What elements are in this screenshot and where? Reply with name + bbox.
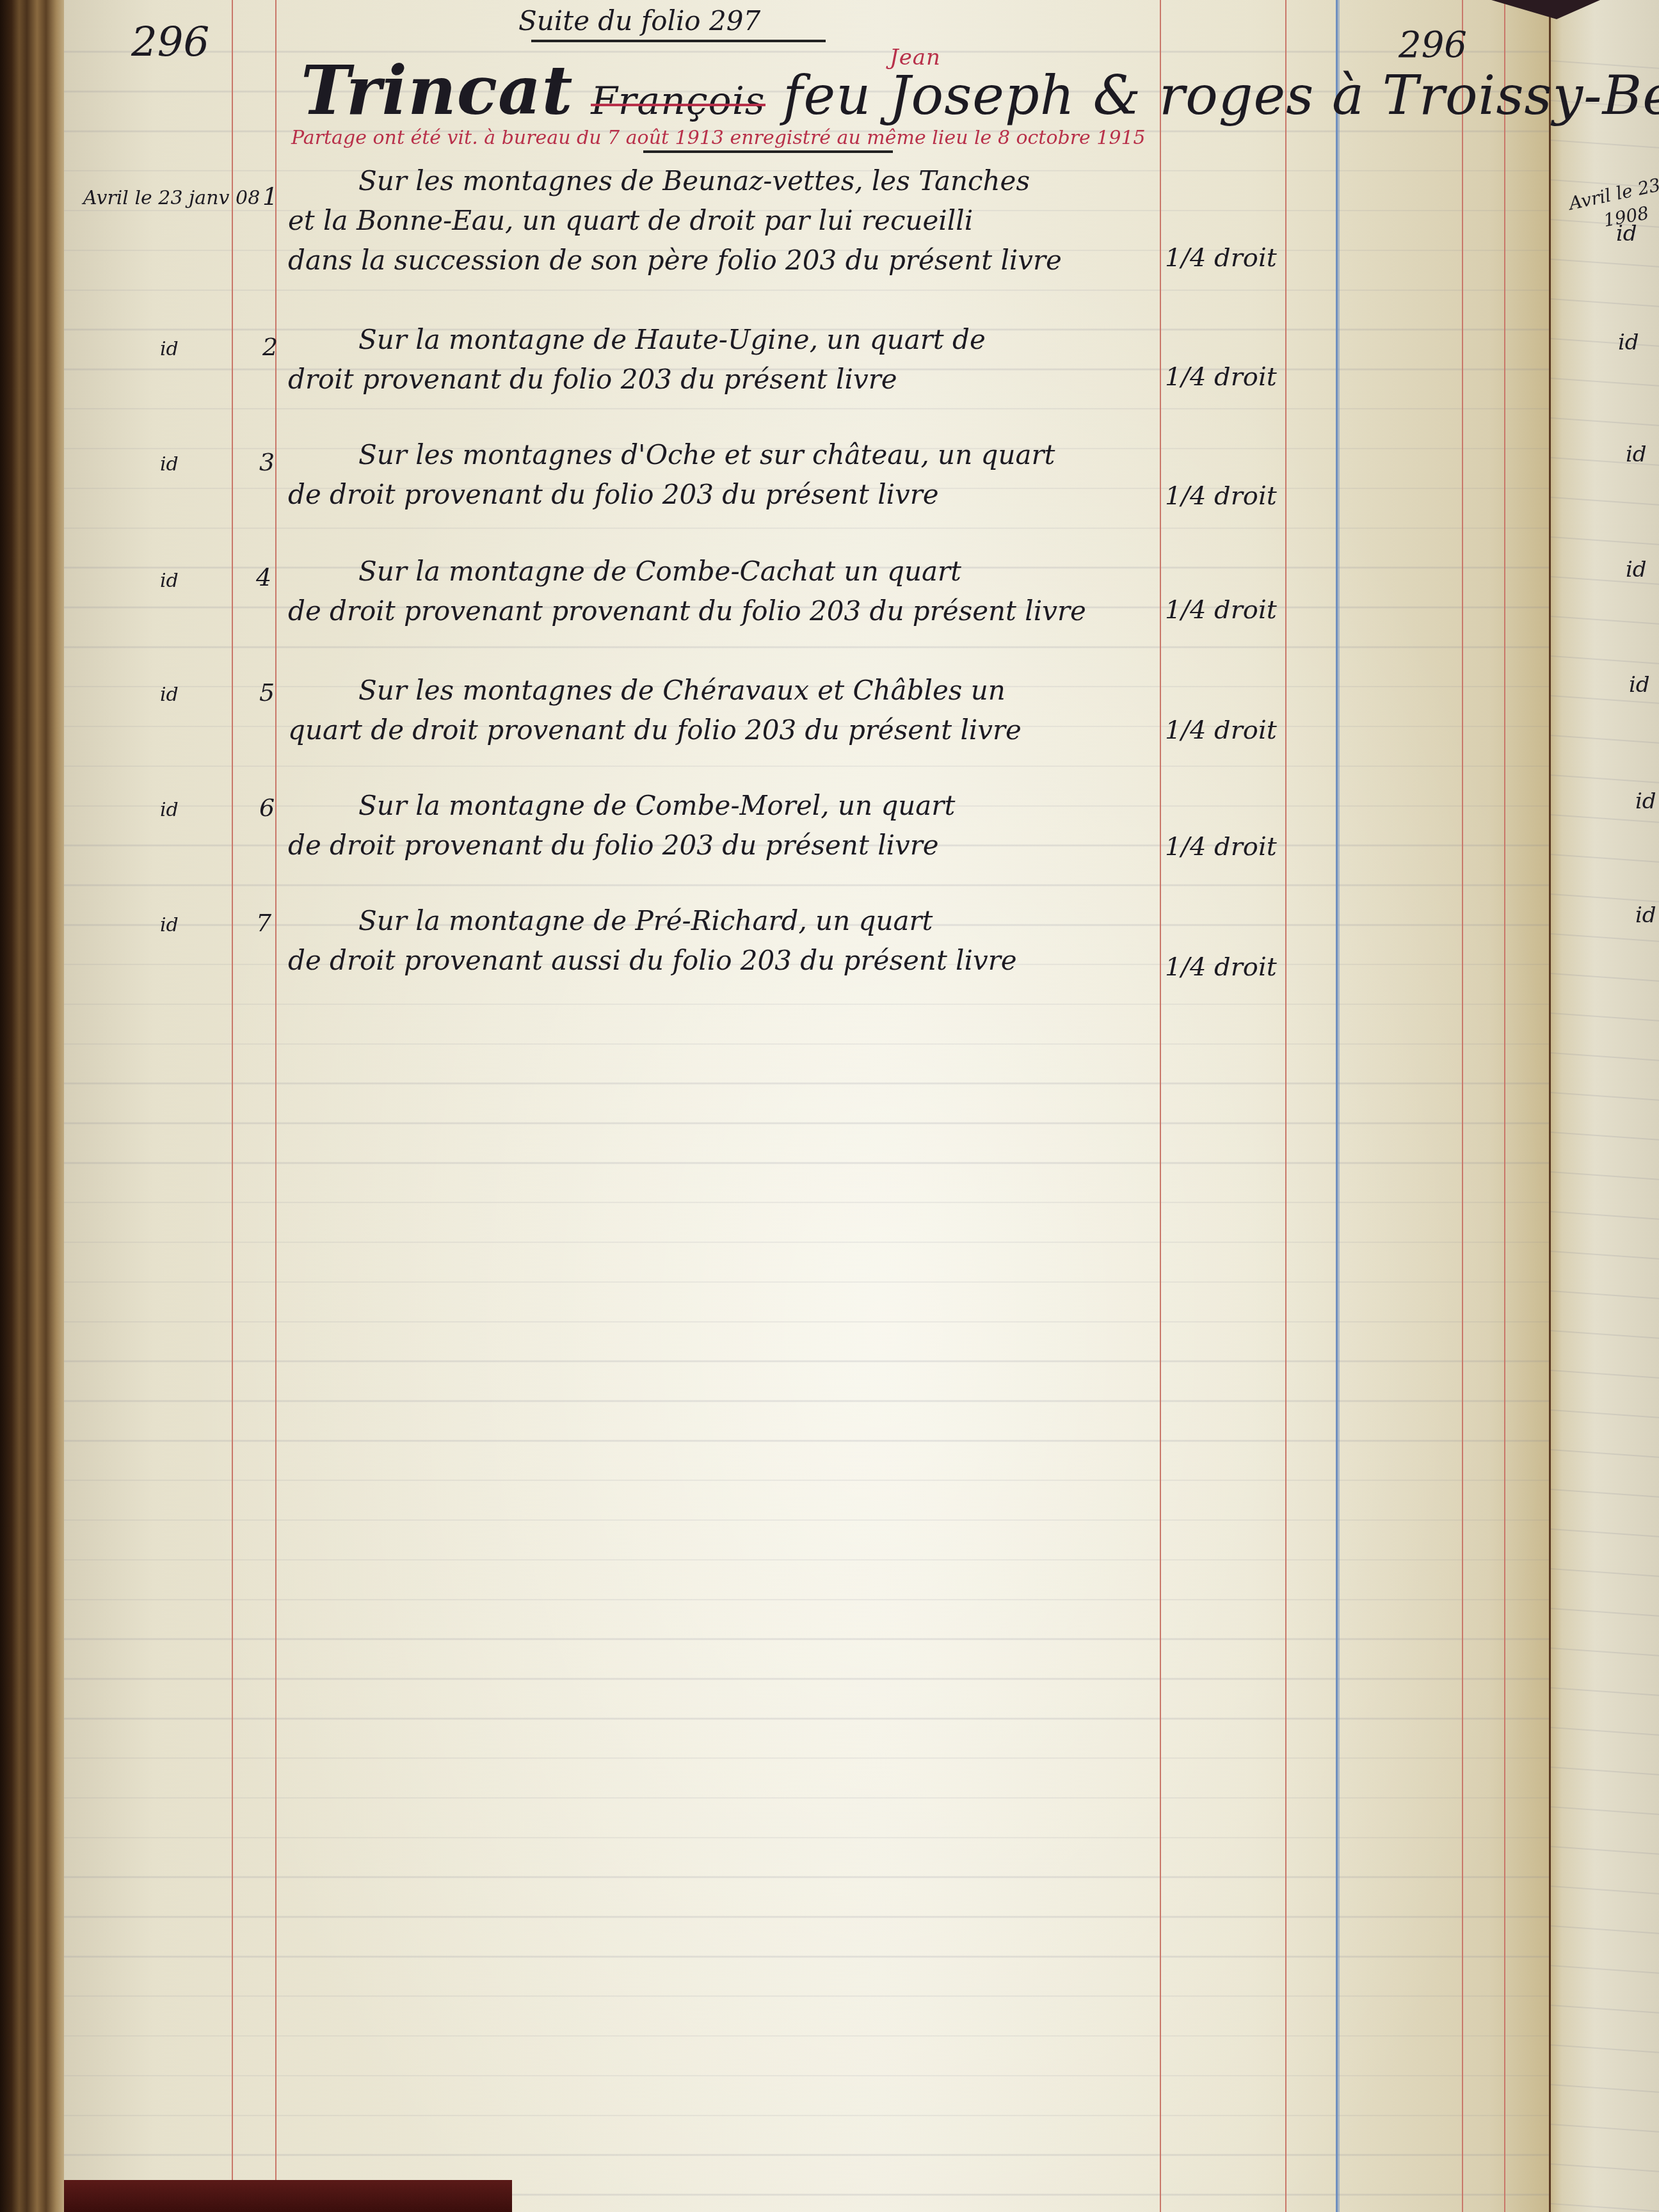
entry-line: Sur la montagne de Haute-Ugine, un quart… (288, 320, 1158, 360)
entry-date: id (160, 684, 179, 706)
register-page-right (1549, 0, 1659, 2212)
continuation-underline (531, 40, 826, 42)
entry-line: droit provenant du folio 203 du présent … (288, 360, 1158, 399)
right-page-id-mark: id (1629, 672, 1650, 698)
entry-number: 4 (256, 563, 271, 591)
right-page-id-mark: id (1635, 902, 1656, 928)
margin-rule-number (275, 0, 276, 2212)
column-rule-edge (1504, 0, 1505, 2212)
book-page-edges (0, 0, 70, 2212)
entry-line: Sur la montagne de Combe-Cachat un quart (288, 552, 1158, 591)
entry-text: Sur la montagne de Haute-Ugine, un quart… (288, 320, 1158, 399)
entry-line: dans la succession de son père folio 203… (288, 241, 1158, 280)
heading-underline (643, 150, 893, 153)
red-annotation: Partage ont été vit. à bureau du 7 août … (291, 127, 1146, 149)
entry-number: 1 (262, 182, 278, 211)
entry-number: 7 (256, 909, 271, 937)
entry-date: id (160, 570, 179, 592)
entry-number: 5 (259, 678, 275, 707)
entry-share: 1/4 droit (1165, 832, 1277, 862)
column-rule-outer (1462, 0, 1463, 2212)
right-page-id-mark: id (1626, 442, 1647, 467)
entry-text: Sur les montagnes de Beunaz-vettes, les … (288, 161, 1158, 280)
owner-heading: Trincat François Jean feu Joseph & roges… (301, 51, 1659, 130)
column-rule-blue-double (1336, 0, 1338, 2212)
entry-date: id (160, 914, 179, 936)
struck-given-name: François (591, 79, 765, 124)
entry-share: 1/4 droit (1165, 716, 1277, 745)
right-page-id-mark: id (1618, 330, 1639, 355)
entry-date: Avril le 23 janv 08 (83, 187, 260, 209)
entry-share: 1/4 droit (1165, 481, 1277, 511)
entry-line: Sur les montagnes de Beunaz-vettes, les … (288, 161, 1158, 201)
entry-share: 1/4 droit (1165, 243, 1277, 273)
entry-text: Sur la montagne de Combe-Cachat un quart… (288, 552, 1158, 631)
horizontal-ruling-right (1551, 0, 1659, 2212)
entry-line: Sur les montagnes d'Oche et sur château,… (288, 435, 1158, 475)
entry-text: Sur les montagnes de Chéravaux et Châble… (288, 671, 1158, 750)
owner-surname: Trincat (301, 51, 573, 130)
owner-heading-rest: feu Joseph & roges à Troissy-Bernex. (783, 64, 1659, 127)
entry-line: de droit provenant du folio 203 du prése… (288, 475, 1158, 515)
inserted-given-name: Jean (890, 45, 941, 70)
continuation-note: Suite du folio 297 (518, 5, 760, 36)
entry-share: 1/4 droit (1165, 595, 1277, 625)
entry-line: de droit provenant du folio 203 du prése… (288, 826, 1158, 865)
entry-number: 6 (259, 794, 275, 822)
margin-rule-date (232, 0, 233, 2212)
entry-date: id (160, 799, 179, 821)
entry-number: 2 (262, 333, 278, 361)
entry-date: id (160, 338, 179, 360)
entry-line: Sur la montagne de Combe-Morel, un quart (288, 786, 1158, 826)
right-page-id-mark: id (1626, 557, 1647, 582)
entry-line: de droit provenant aussi du folio 203 du… (288, 941, 1158, 981)
entry-text: Sur la montagne de Combe-Morel, un quart… (288, 786, 1158, 865)
entry-share: 1/4 droit (1165, 952, 1277, 982)
column-rule-share-left (1160, 0, 1161, 2212)
entry-line: Sur les montagnes de Chéravaux et Châble… (288, 671, 1158, 710)
entry-date: id (160, 453, 179, 476)
entry-number: 3 (259, 448, 275, 476)
book-cover-bottom (64, 2180, 512, 2212)
entry-text: Sur les montagnes d'Oche et sur château,… (288, 435, 1158, 515)
entry-line: Sur la montagne de Pré-Richard, un quart (288, 901, 1158, 941)
right-page-id-mark: id (1635, 789, 1656, 814)
folio-number-left: 296 (131, 19, 209, 67)
entry-line: quart de droit provenant du folio 203 du… (288, 710, 1158, 750)
entry-line: de droit provenant provenant du folio 20… (288, 591, 1158, 631)
column-rule-share-right (1285, 0, 1286, 2212)
entry-share: 1/4 droit (1165, 362, 1277, 392)
entry-text: Sur la montagne de Pré-Richard, un quart… (288, 901, 1158, 981)
entry-line: et la Bonne-Eau, un quart de droit par l… (288, 201, 1158, 241)
right-page-id-mark: id (1616, 221, 1637, 246)
